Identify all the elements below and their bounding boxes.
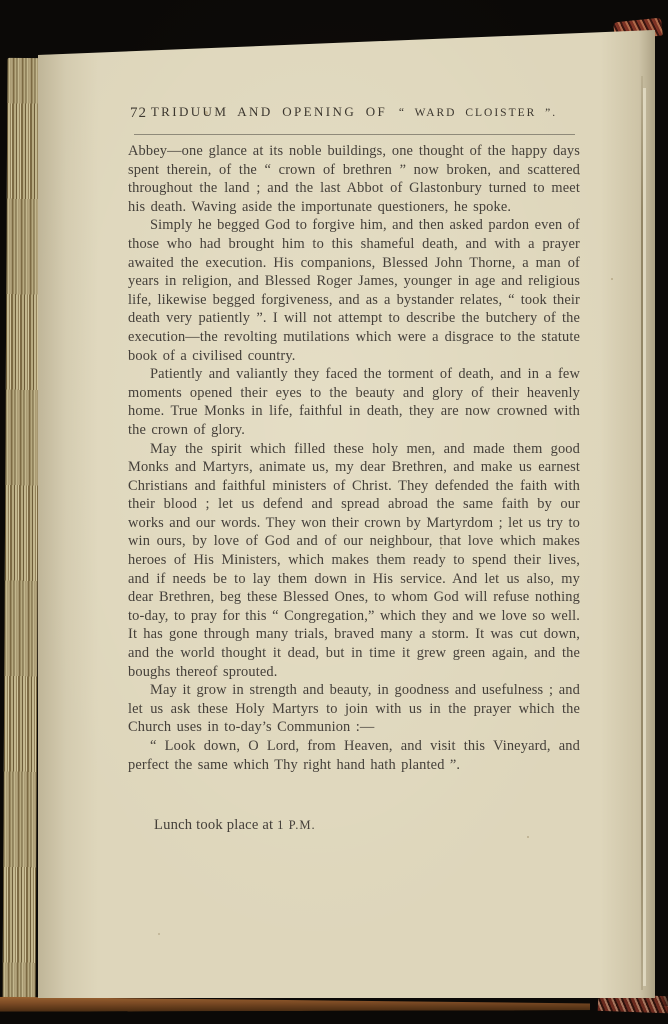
gutter-highlight (643, 88, 646, 986)
footer-note: Lunch took place at 1 P.M. (128, 817, 580, 834)
paragraph: “ Look down, O Lord, from Heaven, and vi… (128, 737, 580, 774)
footer-note-text: Lunch took place at (154, 817, 277, 833)
page-content: 72 TRIDUUM AND OPENING OF “ WARD CLOISTE… (128, 104, 580, 834)
header-rule (134, 134, 575, 135)
paragraph: May it grow in strength and beauty, in g… (128, 681, 580, 737)
running-header: 72 TRIDUUM AND OPENING OF “ WARD CLOISTE… (128, 104, 580, 124)
paragraph: May the spirit which filled these holy m… (128, 440, 580, 682)
book-page: 72 TRIDUUM AND OPENING OF “ WARD CLOISTE… (38, 28, 655, 998)
book-scan-scene: 72 TRIDUUM AND OPENING OF “ WARD CLOISTE… (0, 0, 668, 1024)
running-title: TRIDUUM AND OPENING OF “ WARD CLOISTER ”… (128, 104, 580, 120)
running-title-quoted: “ WARD CLOISTER ”. (399, 107, 557, 119)
paragraph: Abbey—one glance at its noble buildings,… (128, 142, 580, 216)
running-title-main: TRIDUUM AND OPENING OF (151, 104, 387, 119)
body-text: Abbey—one glance at its noble buildings,… (128, 142, 580, 774)
page-edge-stack-left (3, 58, 41, 1008)
paragraph: Simply he begged God to forgive him, and… (128, 216, 580, 365)
paper-specks (38, 28, 40, 30)
binding-shadow-right (661, 50, 668, 1006)
paragraph: Patiently and valiantly they faced the t… (128, 365, 580, 439)
gutter-fold-line (641, 76, 643, 990)
footer-note-time: 1 P.M. (277, 818, 316, 832)
page-number: 72 (130, 105, 147, 122)
